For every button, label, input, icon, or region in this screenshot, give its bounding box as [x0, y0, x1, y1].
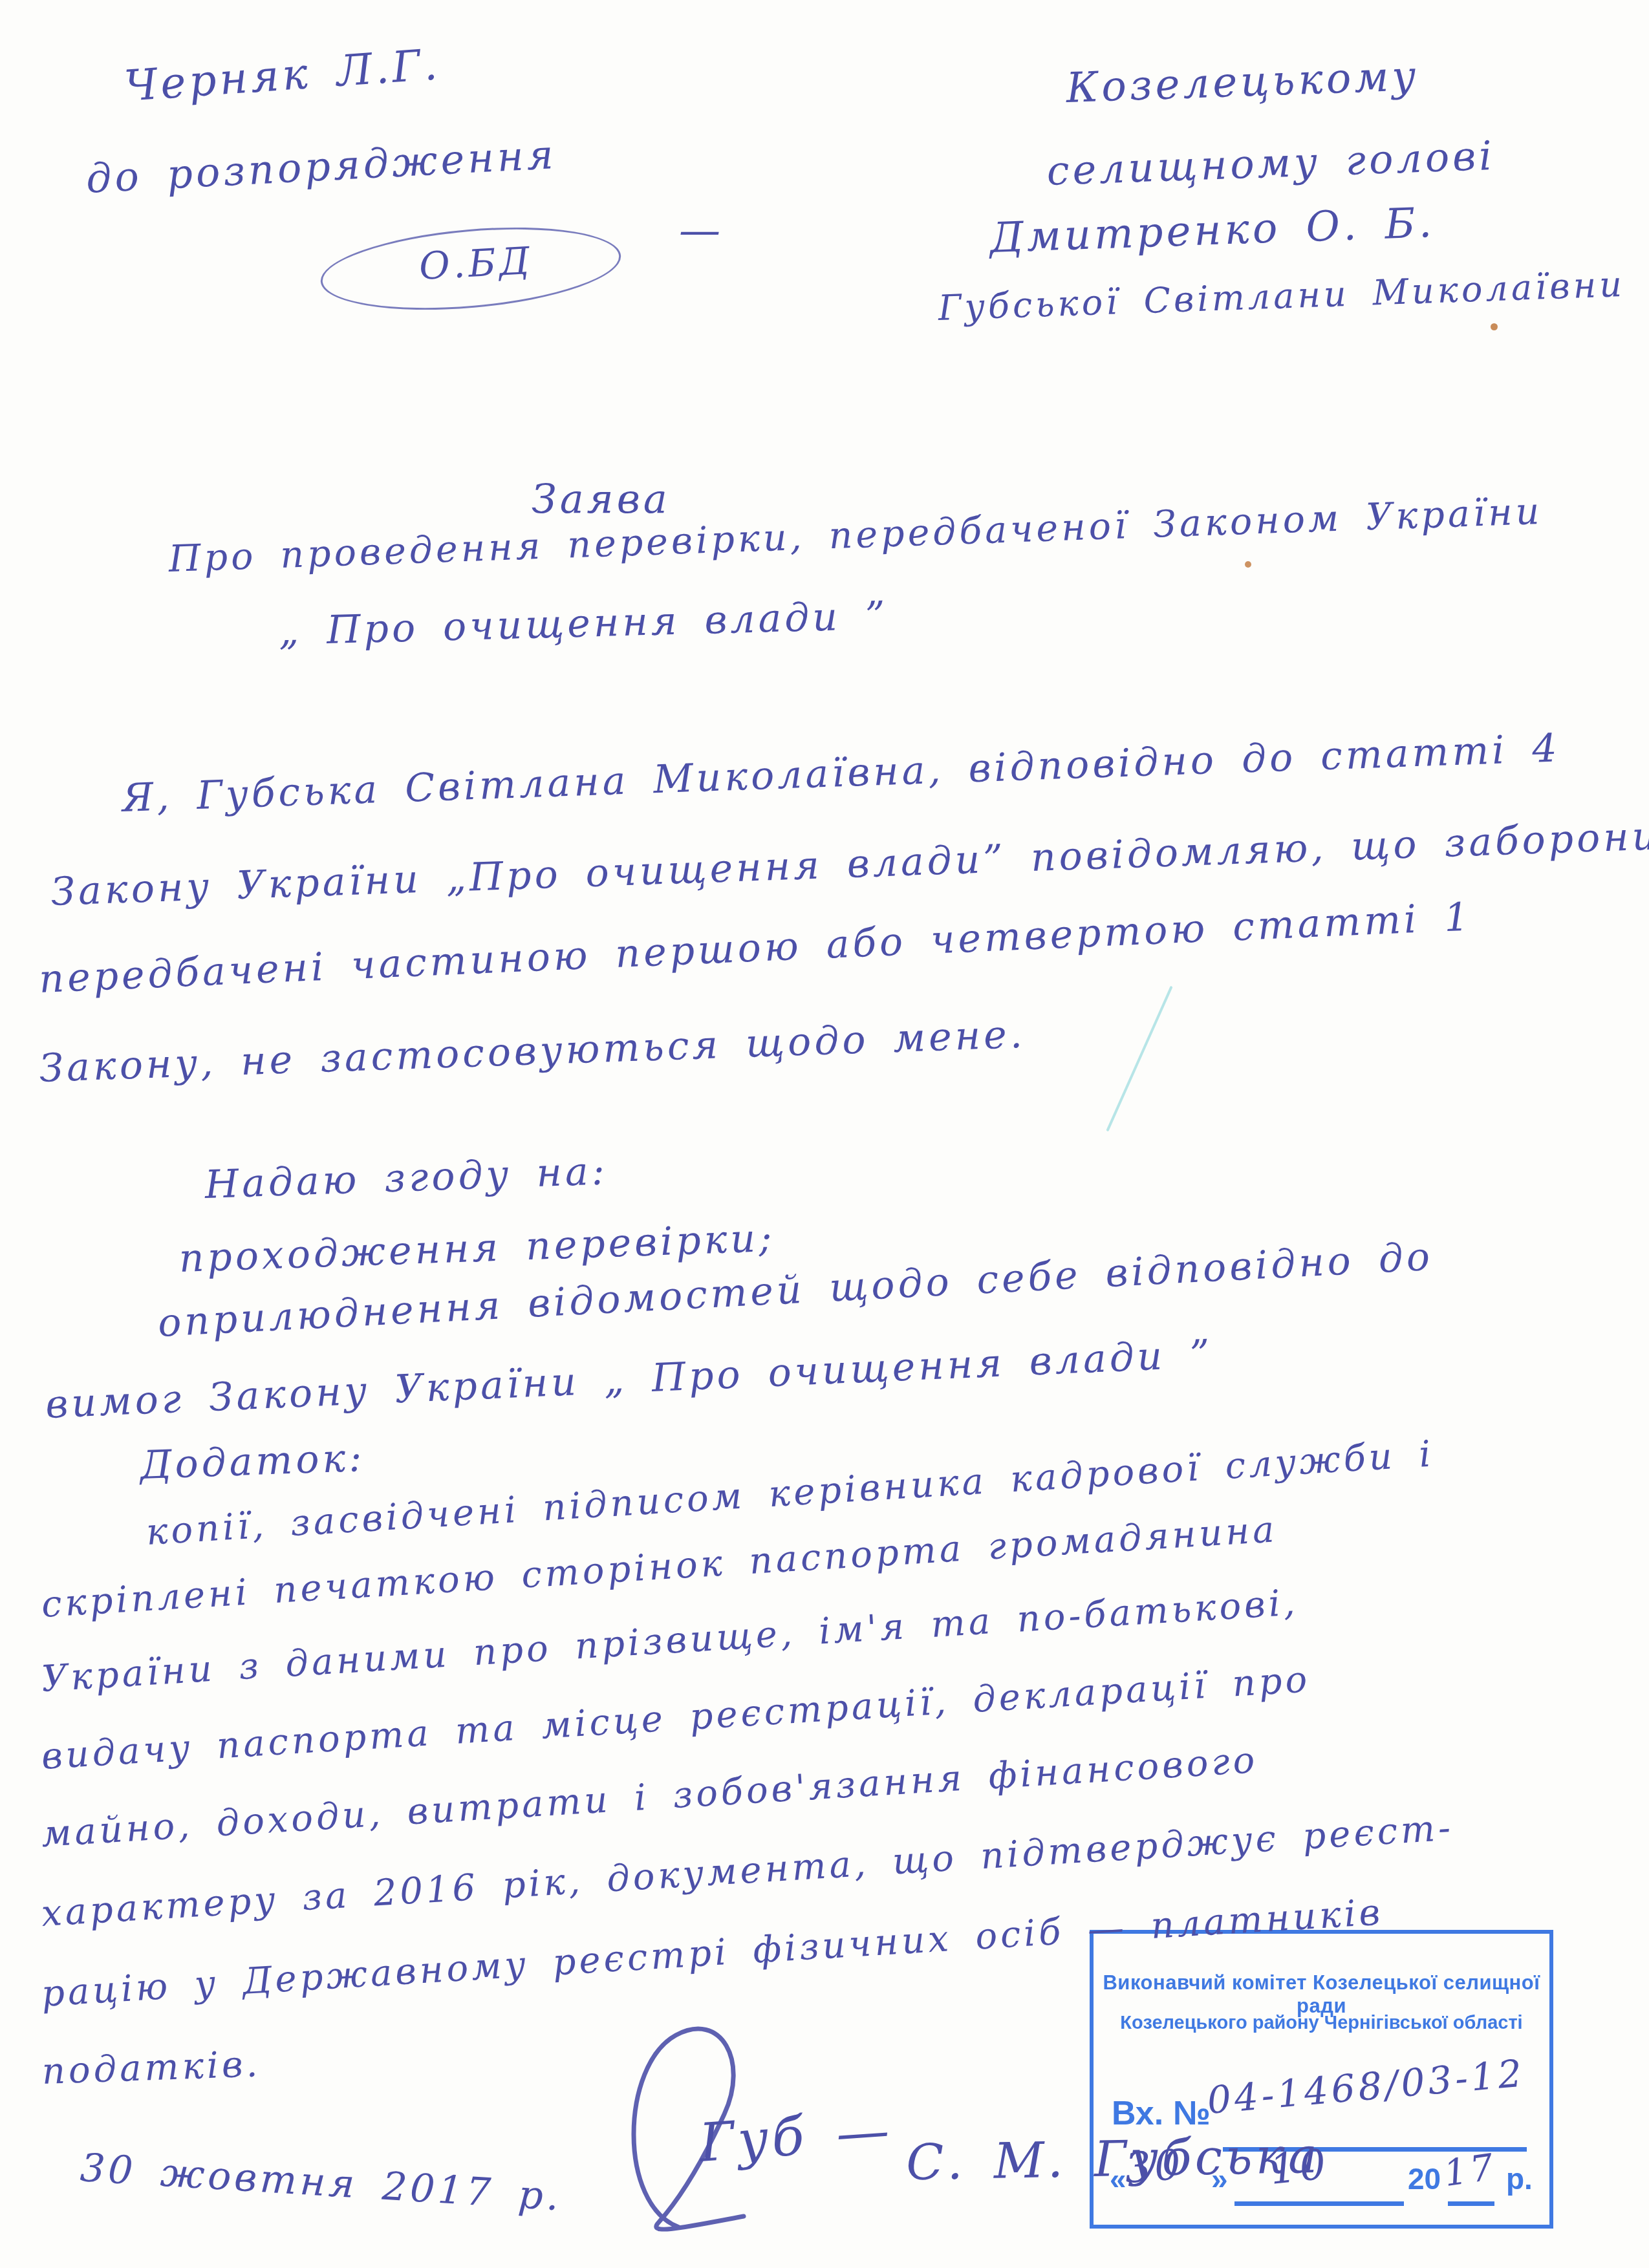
- stamp-year-prefix: 20: [1408, 2161, 1441, 2196]
- scanner-streak-artifact: [1106, 986, 1172, 1131]
- addressee-town: Козелецькому: [1065, 52, 1419, 112]
- attachment-line: податків.: [41, 2043, 262, 2093]
- paper-speck: [1245, 561, 1251, 568]
- stamp-incoming-number-label: Вх. №: [1112, 2094, 1211, 2133]
- resolution-text: до розпорядження: [85, 131, 557, 202]
- attachment-label: Додаток:: [140, 1435, 366, 1488]
- document-subtitle-line1: Про проведення перевірки, передбаченої З…: [168, 490, 1544, 581]
- applicant-name: Губської Світлани Миколаївни: [938, 264, 1626, 328]
- resolution-dash: —: [679, 207, 724, 255]
- stamp-organization-line1: Виконавчий комітет Козелецької селищної …: [1094, 1971, 1549, 2018]
- consent-item2-line2: вимог Закону України „ Про очищення влад…: [45, 1331, 1214, 1428]
- scanned-document-page: Черняк Л.Г. до розпорядження О.БД — Козе…: [0, 0, 1649, 2268]
- body-paragraph1-line4: Закону, не застосовуються щодо мене.: [39, 1012, 1026, 1091]
- resolution-name: Черняк Л.Г.: [123, 39, 442, 111]
- consent-item1: проходження перевірки;: [178, 1215, 776, 1281]
- addressee-name: Дмитренко О. Б.: [989, 199, 1436, 262]
- document-subtitle-line2: „ Про очищення влади ”: [278, 593, 889, 654]
- stamp-organization-line2: Козелецького району Чернігівської област…: [1094, 2013, 1549, 2034]
- addressee-office: селищному голові: [1046, 132, 1496, 195]
- stamp-year-suffix: р.: [1506, 2161, 1533, 2196]
- stamp-handwritten-year: 17: [1441, 2146, 1500, 2195]
- document-title: Заява: [532, 475, 671, 522]
- body-paragraph1-line3: передбачені частиною першою або четверто…: [38, 894, 1473, 1002]
- consent-intro: Надаю згоду на:: [204, 1148, 609, 1208]
- document-date: 30 жовтня 2017 р.: [79, 2145, 563, 2220]
- resolution-signature-initials: О.БД: [418, 239, 533, 288]
- signer-name-signature: С. М. Губська: [905, 2126, 1320, 2191]
- paper-speck: [1491, 323, 1498, 330]
- body-paragraph1-line1: Я, Губська Світлана Миколаївна, відповід…: [122, 725, 1561, 821]
